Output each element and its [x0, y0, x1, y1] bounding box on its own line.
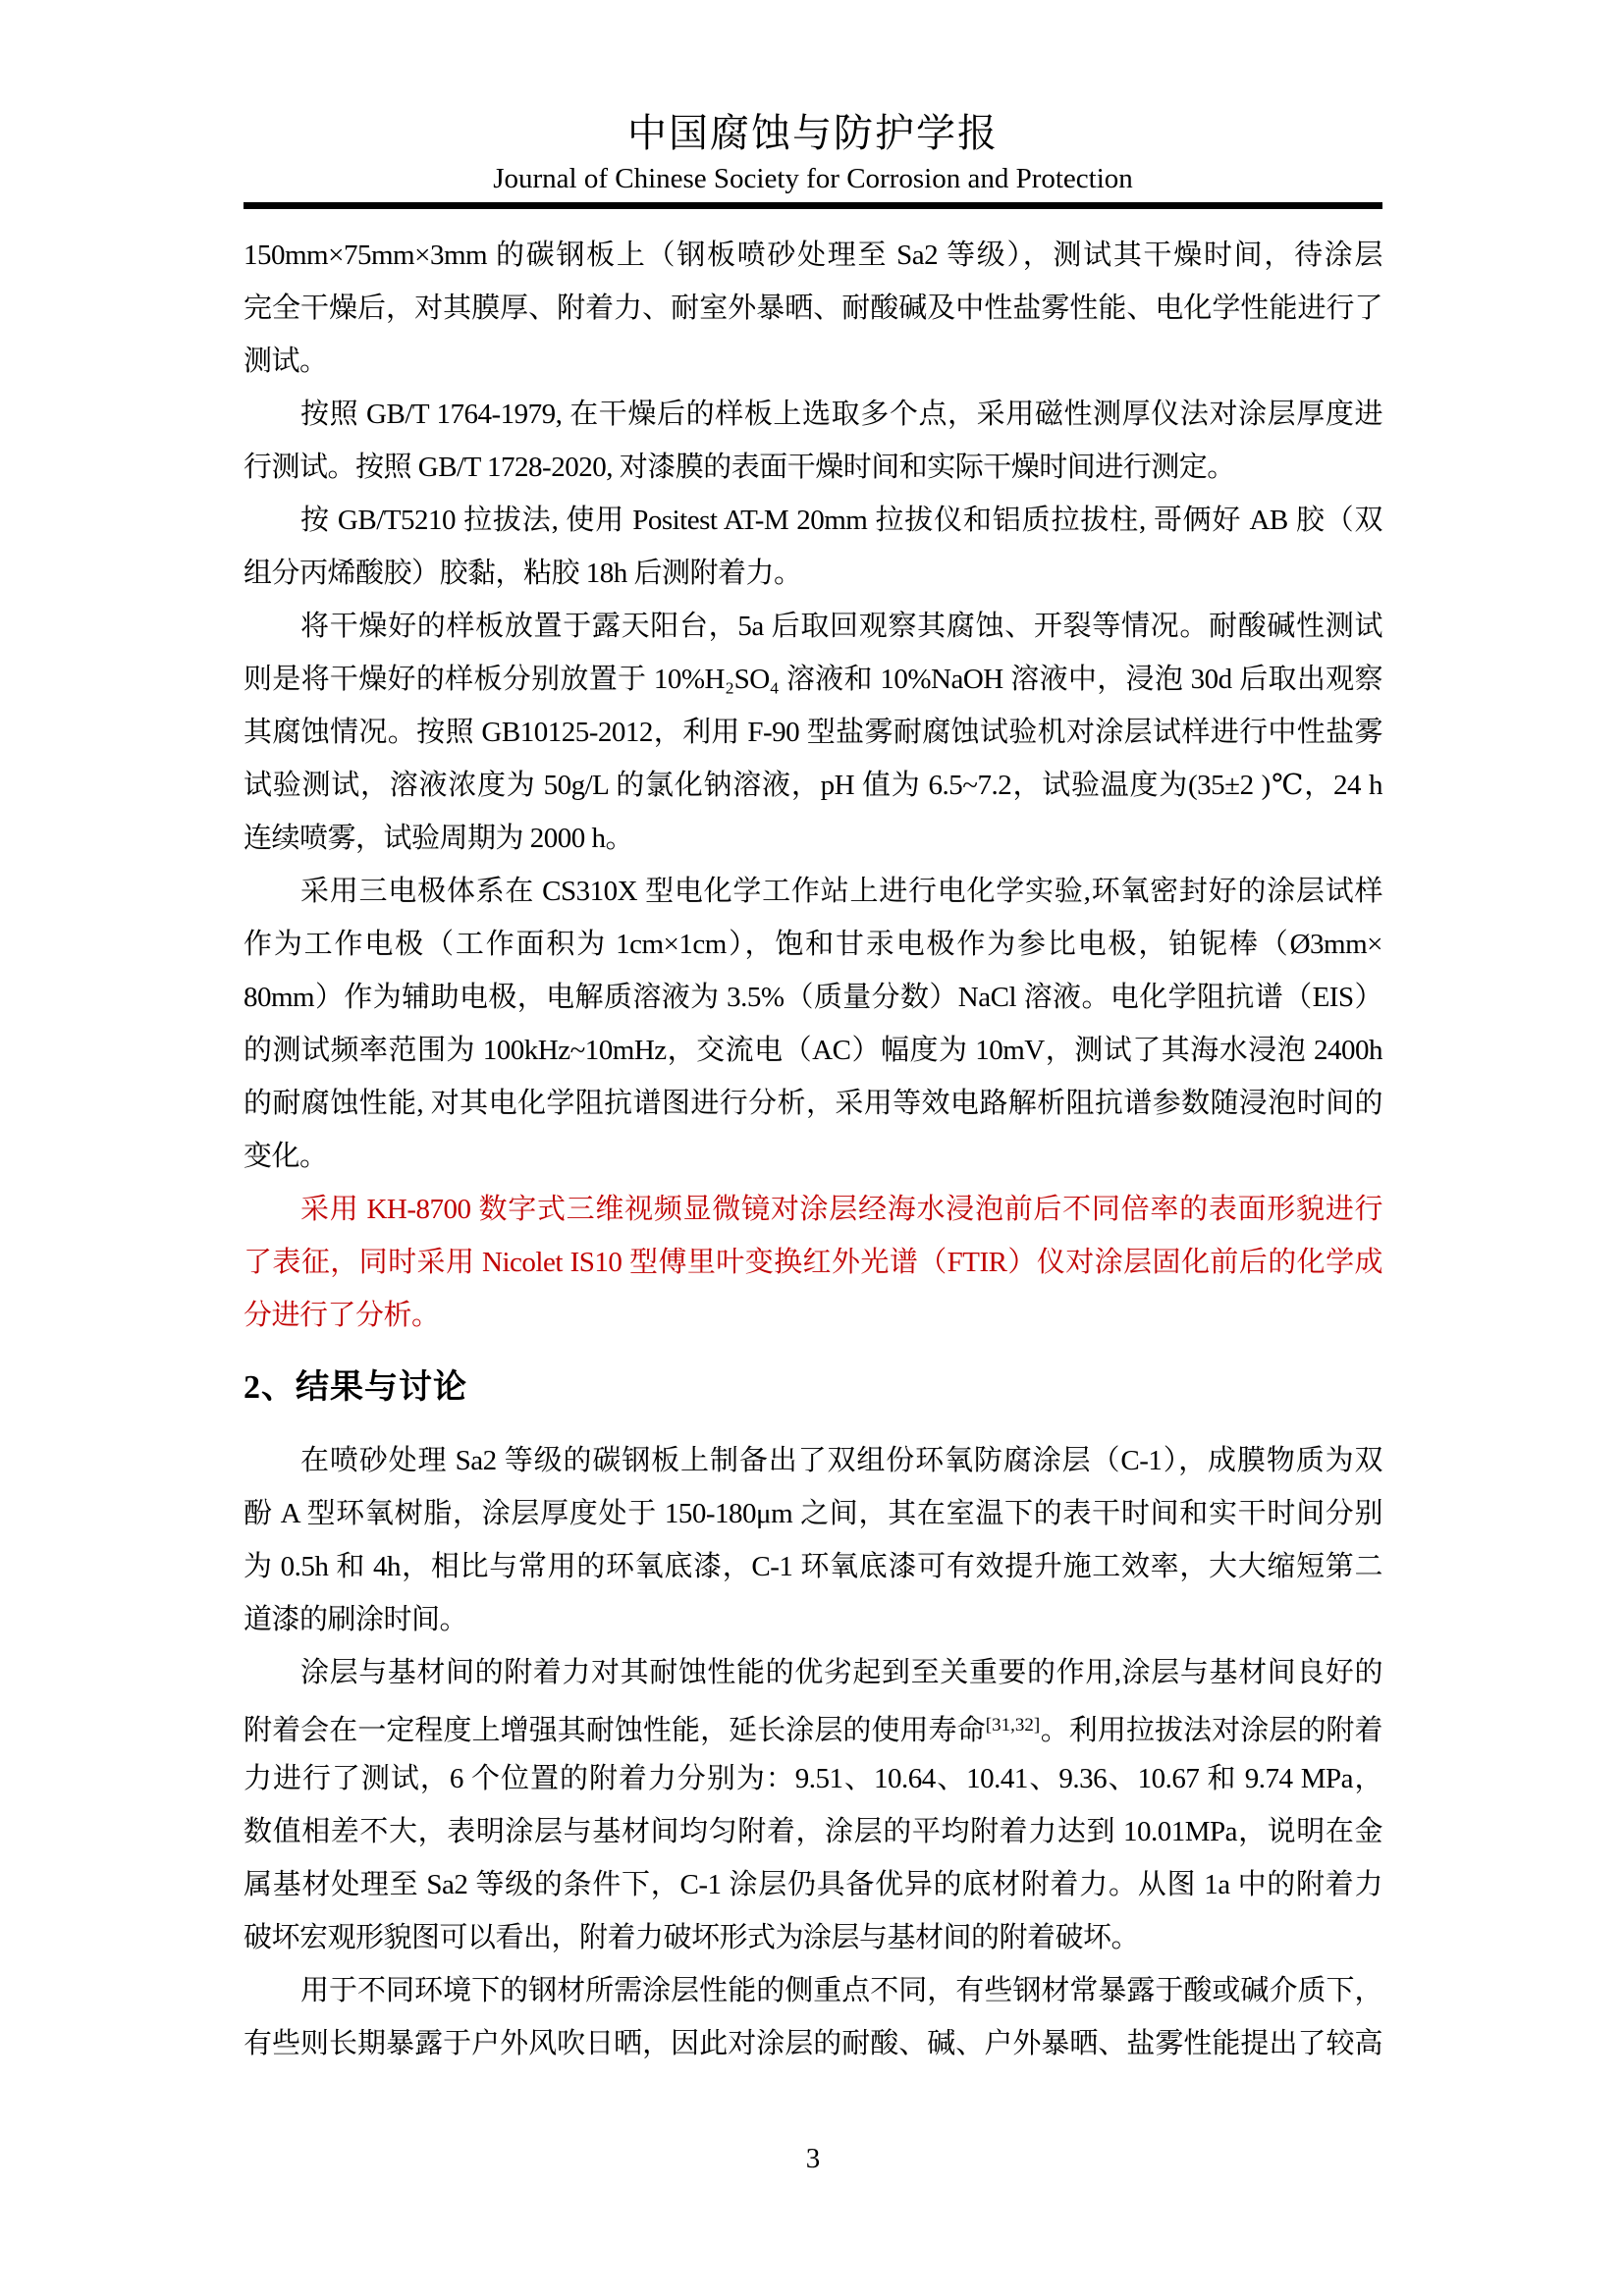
text-line: 了表征，同时采用 Nicolet IS10 型傅里叶变换红外光谱（FTIR）仪对…: [244, 1236, 1382, 1289]
content-column: 中国腐蚀与防护学报 Journal of Chinese Society for…: [244, 0, 1382, 2176]
text-line: 150mm×75mm×3mm 的碳钢板上（钢板喷砂处理至 Sa2 等级），测试其…: [244, 229, 1382, 282]
text-line: 采用 KH-8700 数字式三维视频显微镜对涂层经海水浸泡前后不同倍率的表面形貌…: [244, 1183, 1382, 1236]
text-line: 有些则长期暴露于户外风吹日晒，因此对涂层的耐酸、碱、户外暴晒、盐雾性能提出了较高: [244, 2017, 1382, 2070]
text-line: 连续喷雾，试验周期为 2000 h。: [244, 812, 1382, 865]
text-segment: 。利用拉拔法对涂层的附着: [1040, 1715, 1382, 1746]
text-line: 作为工作电极（工作面积为 1cm×1cm），饱和甘汞电极作为参比电极，铂铌棒（Ø…: [244, 918, 1382, 971]
text-line: 按照 GB/T 1764-1979, 在干燥后的样板上选取多个点，采用磁性测厚仪…: [244, 388, 1382, 441]
text-segment: 附着会在一定程度上增强其耐蚀性能，延长涂层的使用寿命: [244, 1715, 986, 1746]
text-line: 将干燥好的样板放置于露天阳台，5a 后取回观察其腐蚀、开裂等情况。耐酸碱性测试: [244, 600, 1382, 653]
text-line: 试验测试，溶液浓度为 50g/L 的氯化钠溶液，pH 值为 6.5~7.2，试验…: [244, 759, 1382, 812]
text-line: 组分丙烯酸胶）胶黏，粘胶 18h 后测附着力。: [244, 547, 1382, 600]
text-line: 变化。: [244, 1130, 1382, 1183]
page-footer: 3: [244, 2141, 1382, 2176]
text-line: 用于不同环境下的钢材所需涂层性能的侧重点不同，有些钢材常暴露于酸或碱介质下，: [244, 1964, 1382, 2017]
document-page: 中国腐蚀与防护学报 Journal of Chinese Society for…: [0, 0, 1624, 2296]
text-line: 涂层与基材间的附着力对其耐蚀性能的优劣起到至关重要的作用,涂层与基材间良好的: [244, 1646, 1382, 1699]
text-line: 测试。: [244, 335, 1382, 388]
text-line: 为 0.5h 和 4h，相比与常用的环氧底漆，C-1 环氧底漆可有效提升施工效率…: [244, 1540, 1382, 1593]
text-line: 分进行了分析。: [244, 1289, 1382, 1342]
text-line: 力进行了测试，6 个位置的附着力分别为：9.51、10.64、10.41、9.3…: [244, 1752, 1382, 1805]
text-line: 数值相差不大，表明涂层与基材间均匀附着，涂层的平均附着力达到 10.01MPa，…: [244, 1805, 1382, 1858]
text-line: 附着会在一定程度上增强其耐蚀性能，延长涂层的使用寿命[31,32]。利用拉拔法对…: [244, 1699, 1382, 1752]
text-line: 酚 A 型环氧树脂，涂层厚度处于 150-180μm 之间，其在室温下的表干时间…: [244, 1487, 1382, 1540]
journal-title-en: Journal of Chinese Society for Corrosion…: [244, 157, 1382, 200]
text-line: 采用三电极体系在 CS310X 型电化学工作站上进行电化学实验,环氧密封好的涂层…: [244, 865, 1382, 918]
text-line: 在喷砂处理 Sa2 等级的碳钢板上制备出了双组份环氧防腐涂层（C-1），成膜物质…: [244, 1434, 1382, 1487]
header-divider: [244, 202, 1382, 209]
body-text: 150mm×75mm×3mm 的碳钢板上（钢板喷砂处理至 Sa2 等级），测试其…: [244, 229, 1382, 2070]
text-line: 完全干燥后，对其膜厚、附着力、耐室外暴晒、耐酸碱及中性盐雾性能、电化学性能进行了: [244, 282, 1382, 335]
journal-title-zh: 中国腐蚀与防护学报: [244, 0, 1382, 157]
text-line: 道漆的刷涂时间。: [244, 1593, 1382, 1646]
journal-header: 中国腐蚀与防护学报 Journal of Chinese Society for…: [244, 0, 1382, 209]
text-line: 其腐蚀情况。按照 GB10125-2012，利用 F-90 型盐雾耐腐蚀试验机对…: [244, 706, 1382, 759]
text-line: 行测试。按照 GB/T 1728-2020, 对漆膜的表面干燥时间和实际干燥时间…: [244, 441, 1382, 494]
citation-superscript: [31,32]: [986, 1715, 1040, 1735]
page-number: 3: [806, 2143, 821, 2174]
text-line: 的耐腐蚀性能, 对其电化学阻抗谱图进行分析，采用等效电路解析阻抗谱参数随浸泡时间…: [244, 1077, 1382, 1130]
section-heading: 2、结果与讨论: [244, 1362, 1382, 1415]
text-line: 破坏宏观形貌图可以看出，附着力破坏形式为涂层与基材间的附着破坏。: [244, 1911, 1382, 1964]
text-line: 按 GB/T5210 拉拔法, 使用 Positest AT-M 20mm 拉拔…: [244, 494, 1382, 547]
text-line: 属基材处理至 Sa2 等级的条件下，C-1 涂层仍具备优异的底材附着力。从图 1…: [244, 1858, 1382, 1911]
text-line: 则是将干燥好的样板分别放置于 10%H₂SO₄ 溶液和 10%NaOH 溶液中，…: [244, 653, 1382, 706]
text-line: 80mm）作为辅助电极，电解质溶液为 3.5%（质量分数）NaCl 溶液。电化学…: [244, 971, 1382, 1024]
text-line: 的测试频率范围为 100kHz~10mHz，交流电（AC）幅度为 10mV，测试…: [244, 1024, 1382, 1077]
